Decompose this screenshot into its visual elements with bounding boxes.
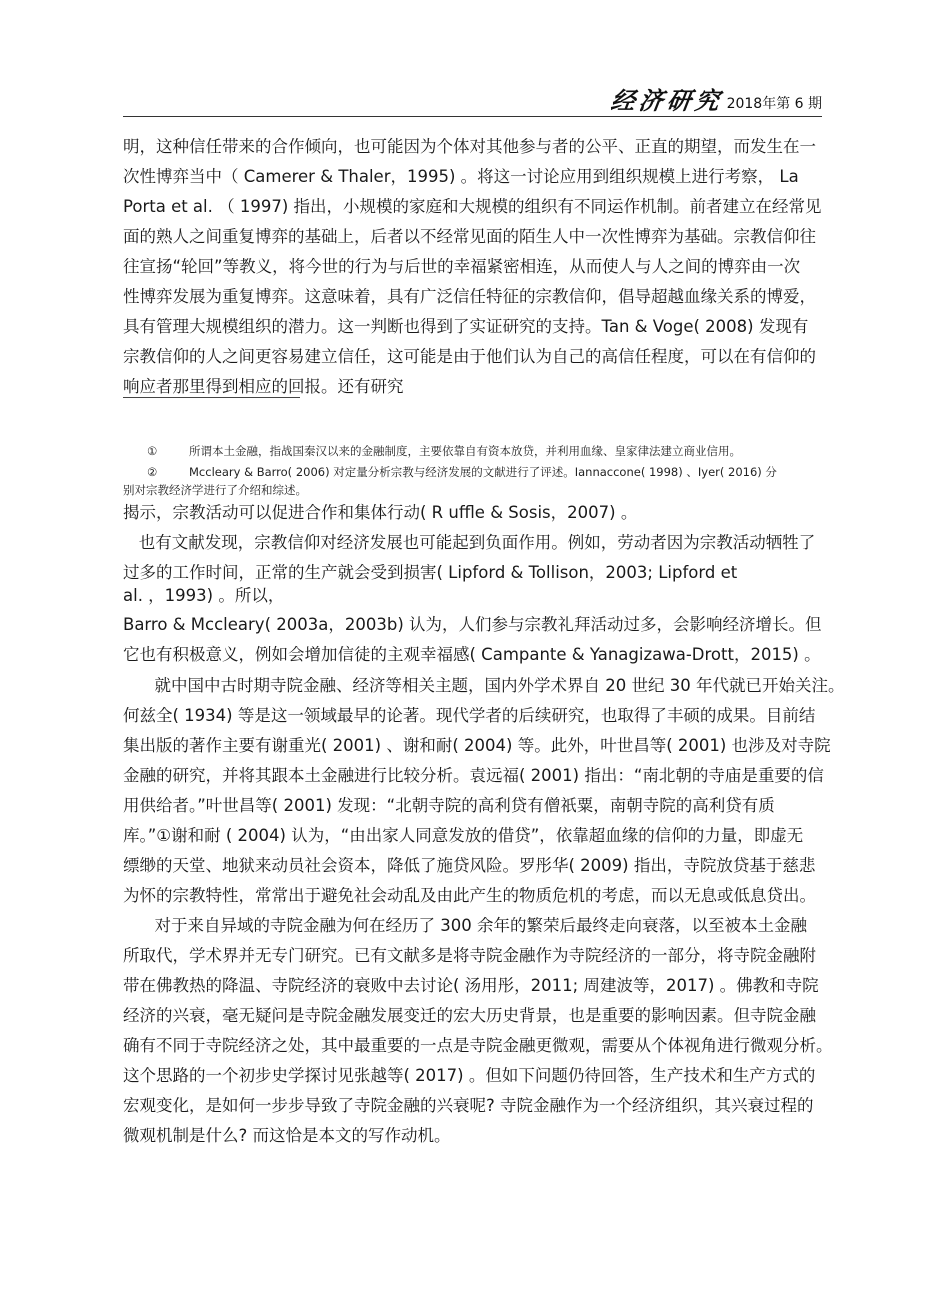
body-line: 就中国中古时期寺院金融、经济等相关主题，国内外学术界自 20 世纪 30 年代就… <box>123 676 844 696</box>
footnote-1: ①所谓本土金融，指战国秦汉以来的金融制度，主要依靠自有资本放贷，并利用血缘、皇家… <box>123 444 741 458</box>
body-line: 金融的研究，并将其跟本土金融进行比较分析。袁远福( 2001) 指出：“南北朝的… <box>123 766 824 786</box>
body-line: 宗教信仰的人之间更容易建立信任，这可能是由于他们认为自己的高信任程度，可以在有信… <box>123 347 816 367</box>
footnote-text: 所谓本土金融，指战国秦汉以来的金融制度，主要依靠自有资本放贷，并利用血缘、皇家律… <box>189 444 741 458</box>
body-line: 带在佛教热的降温、寺院经济的衰败中去讨论( 汤用彤，2011; 周建波等，201… <box>123 976 819 996</box>
footnote-marker: ② <box>147 465 189 479</box>
body-line: 过多的工作时间，正常的生产就会受到损害( Lipford & Tollison，… <box>123 563 737 583</box>
body-line: 次性博弈当中（ Camerer & Thaler，1995) 。将这一讨论应用到… <box>123 167 799 187</box>
body-line: 面的熟人之间重复博弈的基础上，后者以不经常见面的陌生人中一次性博弈为基础。宗教信… <box>123 227 816 247</box>
running-header: 经济研究 2018年第 6 期 <box>123 88 822 117</box>
body-line: 库。”①谢和耐 ( 2004) 认为，“由出家人同意发放的借贷”，依靠超血缘的信… <box>123 826 803 846</box>
body-line: Barro & Mccleary( 2003a，2003b) 认为，人们参与宗教… <box>123 615 822 635</box>
body-line: 这个思路的一个初步史学探讨见张越等( 2017) 。但如下问题仍待回答，生产技术… <box>123 1066 815 1086</box>
body-line: 经济的兴衰，毫无疑问是寺院金融发展变迁的宏大历史背景，也是重要的影响因素。但寺院… <box>123 1006 816 1026</box>
body-line: 它也有积极意义，例如会增加信徒的主观幸福感( Campante & Yanagi… <box>123 645 821 665</box>
body-line: 也有文献发现，宗教信仰对经济发展也可能起到负面作用。例如，劳动者因为宗教活动牺牲… <box>123 533 815 553</box>
body-line: 何兹全( 1934) 等是这一领域最早的论著。现代学者的后续研究，也取得了丰硕的… <box>123 706 815 726</box>
body-line: 性博弈发展为重复博弈。这意味着，具有广泛信任特征的宗教信仰，倡导超越血缘关系的博… <box>123 287 816 307</box>
body-line: 微观机制是什么? 而这恰是本文的写作动机。 <box>123 1126 451 1146</box>
body-line: 宏观变化，是如何一步步导致了寺院金融的兴衰呢? 寺院金融作为一个经济组织，其兴衰… <box>123 1096 814 1116</box>
journal-logo: 经济研究 <box>609 89 724 113</box>
body-line: 响应者那里得到相应的回报。还有研究 <box>123 377 404 397</box>
body-line: 集出版的著作主要有谢重光( 2001) 、谢和耐( 2004) 等。此外，叶世昌… <box>123 736 831 756</box>
body-line: 对于来自异域的寺院金融为何在经历了 300 余年的繁荣后最终走向衰落，以至被本土… <box>123 916 807 936</box>
body-line: 用供给者。”叶世昌等( 2001) 发现：“北朝寺院的高利贷有僧祇粟，南朝寺院的… <box>123 796 775 816</box>
body-line: al. ，1993) 。所以， <box>123 586 284 606</box>
footnote-separator <box>123 397 300 398</box>
body-line: 所取代，学术界并无专门研究。已有文献多是将寺院金融作为寺院经济的一部分，将寺院金… <box>123 946 816 966</box>
body-line: 揭示，宗教活动可以促进合作和集体行动( R uffle & Sosis，2007… <box>123 503 637 523</box>
body-line: 具有管理大规模组织的潜力。这一判断也得到了实证研究的支持。Tan & Voge(… <box>123 317 808 337</box>
footnote-text: Mccleary & Barro( 2006) 对定量分析宗教与经济发展的文献进… <box>189 465 777 479</box>
body-line: 明，这种信任带来的合作倾向，也可能因为个体对其他参与者的公平、正直的期望，而发生… <box>123 137 816 157</box>
issue-number: 2018年第 6 期 <box>727 95 822 113</box>
body-line: 往宣扬“轮回”等教义，将今世的行为与后世的幸福紧密相连，从而使人与人之间的博弈由… <box>123 257 800 277</box>
body-line: 确有不同于寺院经济之处，其中最重要的一点是寺院金融更微观，需要从个体视角进行微观… <box>123 1036 833 1056</box>
body-line: Porta et al. （ 1997) 指出，小规模的家庭和大规模的组织有不同… <box>123 197 822 217</box>
footnote-2: ②Mccleary & Barro( 2006) 对定量分析宗教与经济发展的文献… <box>123 465 777 479</box>
header-right: 经济研究 2018年第 6 期 <box>611 89 822 113</box>
body-line: 为怀的宗教特性，常常出于避免社会动乱及由此产生的物质危机的考虑，而以无息或低息贷… <box>123 886 816 906</box>
footnote-marker: ① <box>147 444 189 458</box>
footnote-2-continuation: 别对宗教经济学进行了介绍和综述。 <box>123 483 307 497</box>
body-line: 缥缈的天堂、地狱来动员社会资本，降低了施贷风险。罗彤华( 2009) 指出，寺院… <box>123 856 815 876</box>
